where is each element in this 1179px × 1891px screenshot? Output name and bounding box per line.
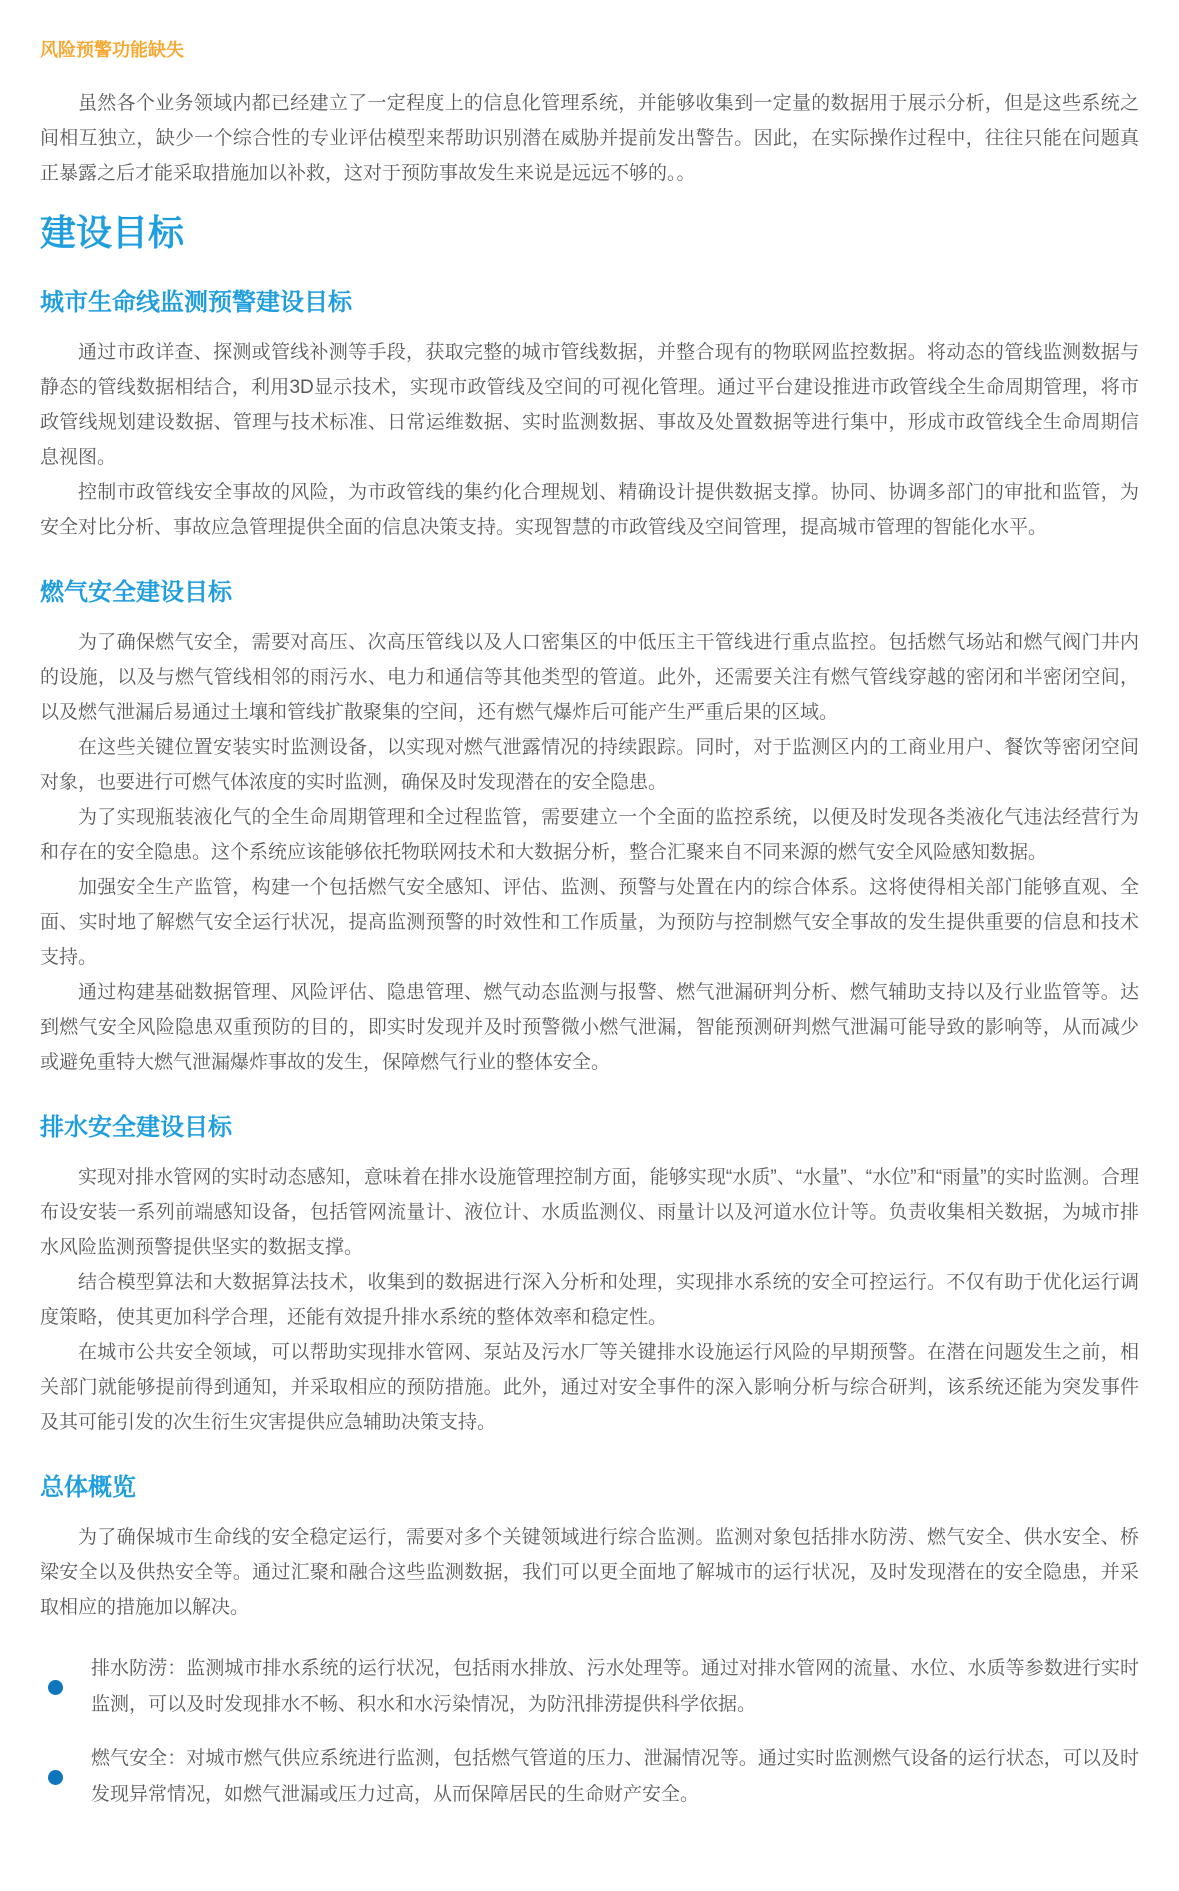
monitoring-bullet-list: 排水防涝：监测城市排水系统的运行状况，包括雨水排放、污水处理等。通过对排水管网的…	[40, 1651, 1139, 1813]
paragraph: 通过构建基础数据管理、风险评估、隐患管理、燃气动态监测与报警、燃气泄漏研判分析、…	[40, 975, 1139, 1080]
paragraph: 实现对排水管网的实时动态感知，意味着在排水设施管理控制方面，能够实现“水质”、“…	[40, 1160, 1139, 1265]
paragraph: 为了确保城市生命线的安全稳定运行，需要对多个关键领域进行综合监测。监测对象包括排…	[40, 1520, 1139, 1625]
section-heading-city-lifeline: 城市生命线监测预警建设目标	[40, 287, 1139, 319]
bullet-dot-icon	[48, 1680, 63, 1695]
list-item-text: 燃气安全：对城市燃气供应系统进行监测，包括燃气管道的压力、泄漏情况等。通过实时监…	[91, 1741, 1139, 1813]
paragraph: 为了实现瓶装液化气的全生命周期管理和全过程监管，需要建立一个全面的监控系统，以便…	[40, 800, 1139, 870]
paragraph: 结合模型算法和大数据算法技术，收集到的数据进行深入分析和处理，实现排水系统的安全…	[40, 1265, 1139, 1335]
paragraph: 在城市公共安全领域，可以帮助实现排水管网、泵站及污水厂等关键排水设施运行风险的早…	[40, 1335, 1139, 1440]
paragraph: 通过市政详查、探测或管线补测等手段，获取完整的城市管线数据，并整合现有的物联网监…	[40, 335, 1139, 475]
paragraph: 控制市政管线安全事故的风险，为市政管线的集约化合理规划、精确设计提供数据支撑。协…	[40, 475, 1139, 545]
paragraph: 加强安全生产监管，构建一个包括燃气安全感知、评估、监测、预警与处置在内的综合体系…	[40, 870, 1139, 975]
paragraph: 在这些关键位置安装实时监测设备，以实现对燃气泄露情况的持续跟踪。同时，对于监测区…	[40, 730, 1139, 800]
section-heading-overall-overview: 总体概览	[40, 1472, 1139, 1504]
bullet-dot-icon	[48, 1770, 63, 1785]
list-item-text: 排水防涝：监测城市排水系统的运行状况，包括雨水排放、污水处理等。通过对排水管网的…	[91, 1651, 1139, 1723]
paragraph: 为了确保燃气安全，需要对高压、次高压管线以及人口密集区的中低压主干管线进行重点监…	[40, 625, 1139, 730]
document-page: 风险预警功能缺失 虽然各个业务领域内都已经建立了一定程度上的信息化管理系统，并能…	[0, 0, 1179, 1891]
risk-warning-heading: 风险预警功能缺失	[40, 38, 1139, 62]
risk-warning-paragraph: 虽然各个业务领域内都已经建立了一定程度上的信息化管理系统，并能够收集到一定量的数…	[40, 86, 1139, 191]
list-item-drainage-flood: 排水防涝：监测城市排水系统的运行状况，包括雨水排放、污水处理等。通过对排水管网的…	[40, 1651, 1139, 1723]
list-item-gas-safety: 燃气安全：对城市燃气供应系统进行监测，包括燃气管道的压力、泄漏情况等。通过实时监…	[40, 1741, 1139, 1813]
section-heading-gas-safety: 燃气安全建设目标	[40, 577, 1139, 609]
section-heading-drainage-safety: 排水安全建设目标	[40, 1112, 1139, 1144]
main-heading-construction-goals: 建设目标	[40, 211, 1139, 255]
